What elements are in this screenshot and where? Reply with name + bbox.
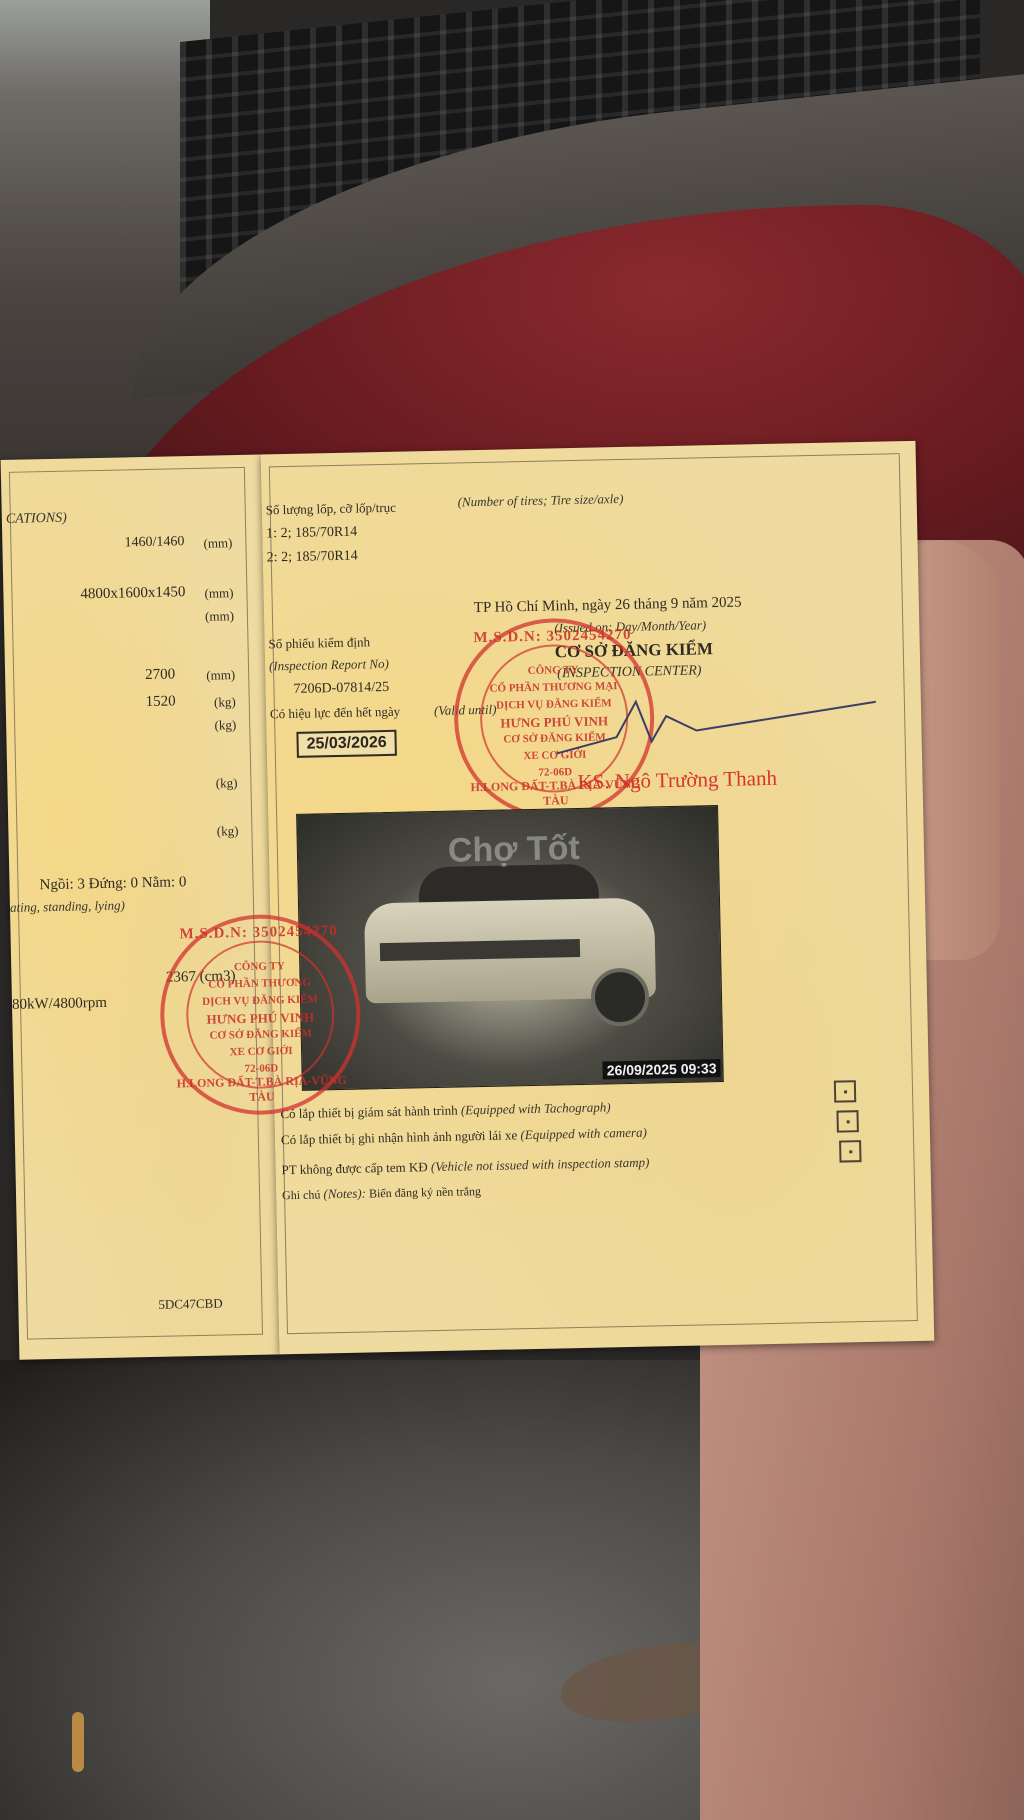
payload-unit: (kg) (214, 717, 236, 733)
wheel-track-unit: (mm) (203, 535, 232, 552)
inspection-certificate: CATIONS) 1460/1460 (mm) 4800x1600x1450 (… (0, 411, 940, 1390)
vehicle-photo: Chợ Tốt 26/09/2025 09:33 (296, 805, 724, 1091)
no-stamp-checkbox (839, 1140, 861, 1162)
signer-name: KS. Ngô Trường Thanh (577, 766, 777, 795)
twig (72, 1712, 84, 1772)
wheel-track-value: 1460/1460 (124, 534, 184, 551)
cargo-dim-unit: (mm) (205, 608, 234, 625)
report-no-label: Số phiếu kiểm định (268, 634, 370, 652)
dimensions-value: 4800x1600x1450 (80, 584, 185, 603)
seating-capacity-en: ating, standing, lying) (10, 897, 125, 915)
section-header: CATIONS) (6, 511, 67, 528)
towed-weight-unit: (kg) (217, 823, 239, 839)
tires-axle-2: 2: 2; 185/70R14 (267, 549, 358, 567)
tires-axle-1: 1: 2; 185/70R14 (266, 525, 357, 543)
tachograph-checkbox (834, 1080, 856, 1102)
wheelbase-value: 2700 (145, 666, 175, 684)
valid-until-date: 25/03/2026 (296, 730, 397, 758)
wheelbase-unit: (mm) (206, 667, 235, 684)
report-no: 7206D-07814/25 (293, 680, 389, 698)
right-page: Số lượng lốp, cỡ lốp/trục (Number of tir… (261, 441, 935, 1355)
gross-weight-unit: (kg) (216, 775, 238, 791)
tires-label: Số lượng lốp, cỡ lốp/trục (266, 500, 397, 519)
car-door-panel (0, 0, 210, 480)
report-no-label-en: (Inspection Report No) (269, 656, 389, 675)
kerb-weight-value: 1520 (146, 693, 176, 711)
engine-power: 80kW/4800rpm (12, 995, 107, 1014)
dimensions-unit: (mm) (204, 585, 233, 602)
camera-checkbox (836, 1110, 858, 1132)
photo-timestamp: 26/09/2025 09:33 (603, 1059, 721, 1079)
kerb-weight-unit: (kg) (214, 694, 236, 710)
valid-until-label: Có hiệu lực đến hết ngày (270, 704, 400, 723)
signature (556, 692, 877, 759)
serial-number: 5DC47CBD (158, 1296, 223, 1313)
seating-capacity: Ngồi: 3 Đứng: 0 Nằm: 0 (39, 874, 186, 894)
watermark: Chợ Tốt (448, 829, 581, 871)
left-page: CATIONS) 1460/1460 (mm) 4800x1600x1450 (… (1, 455, 281, 1360)
